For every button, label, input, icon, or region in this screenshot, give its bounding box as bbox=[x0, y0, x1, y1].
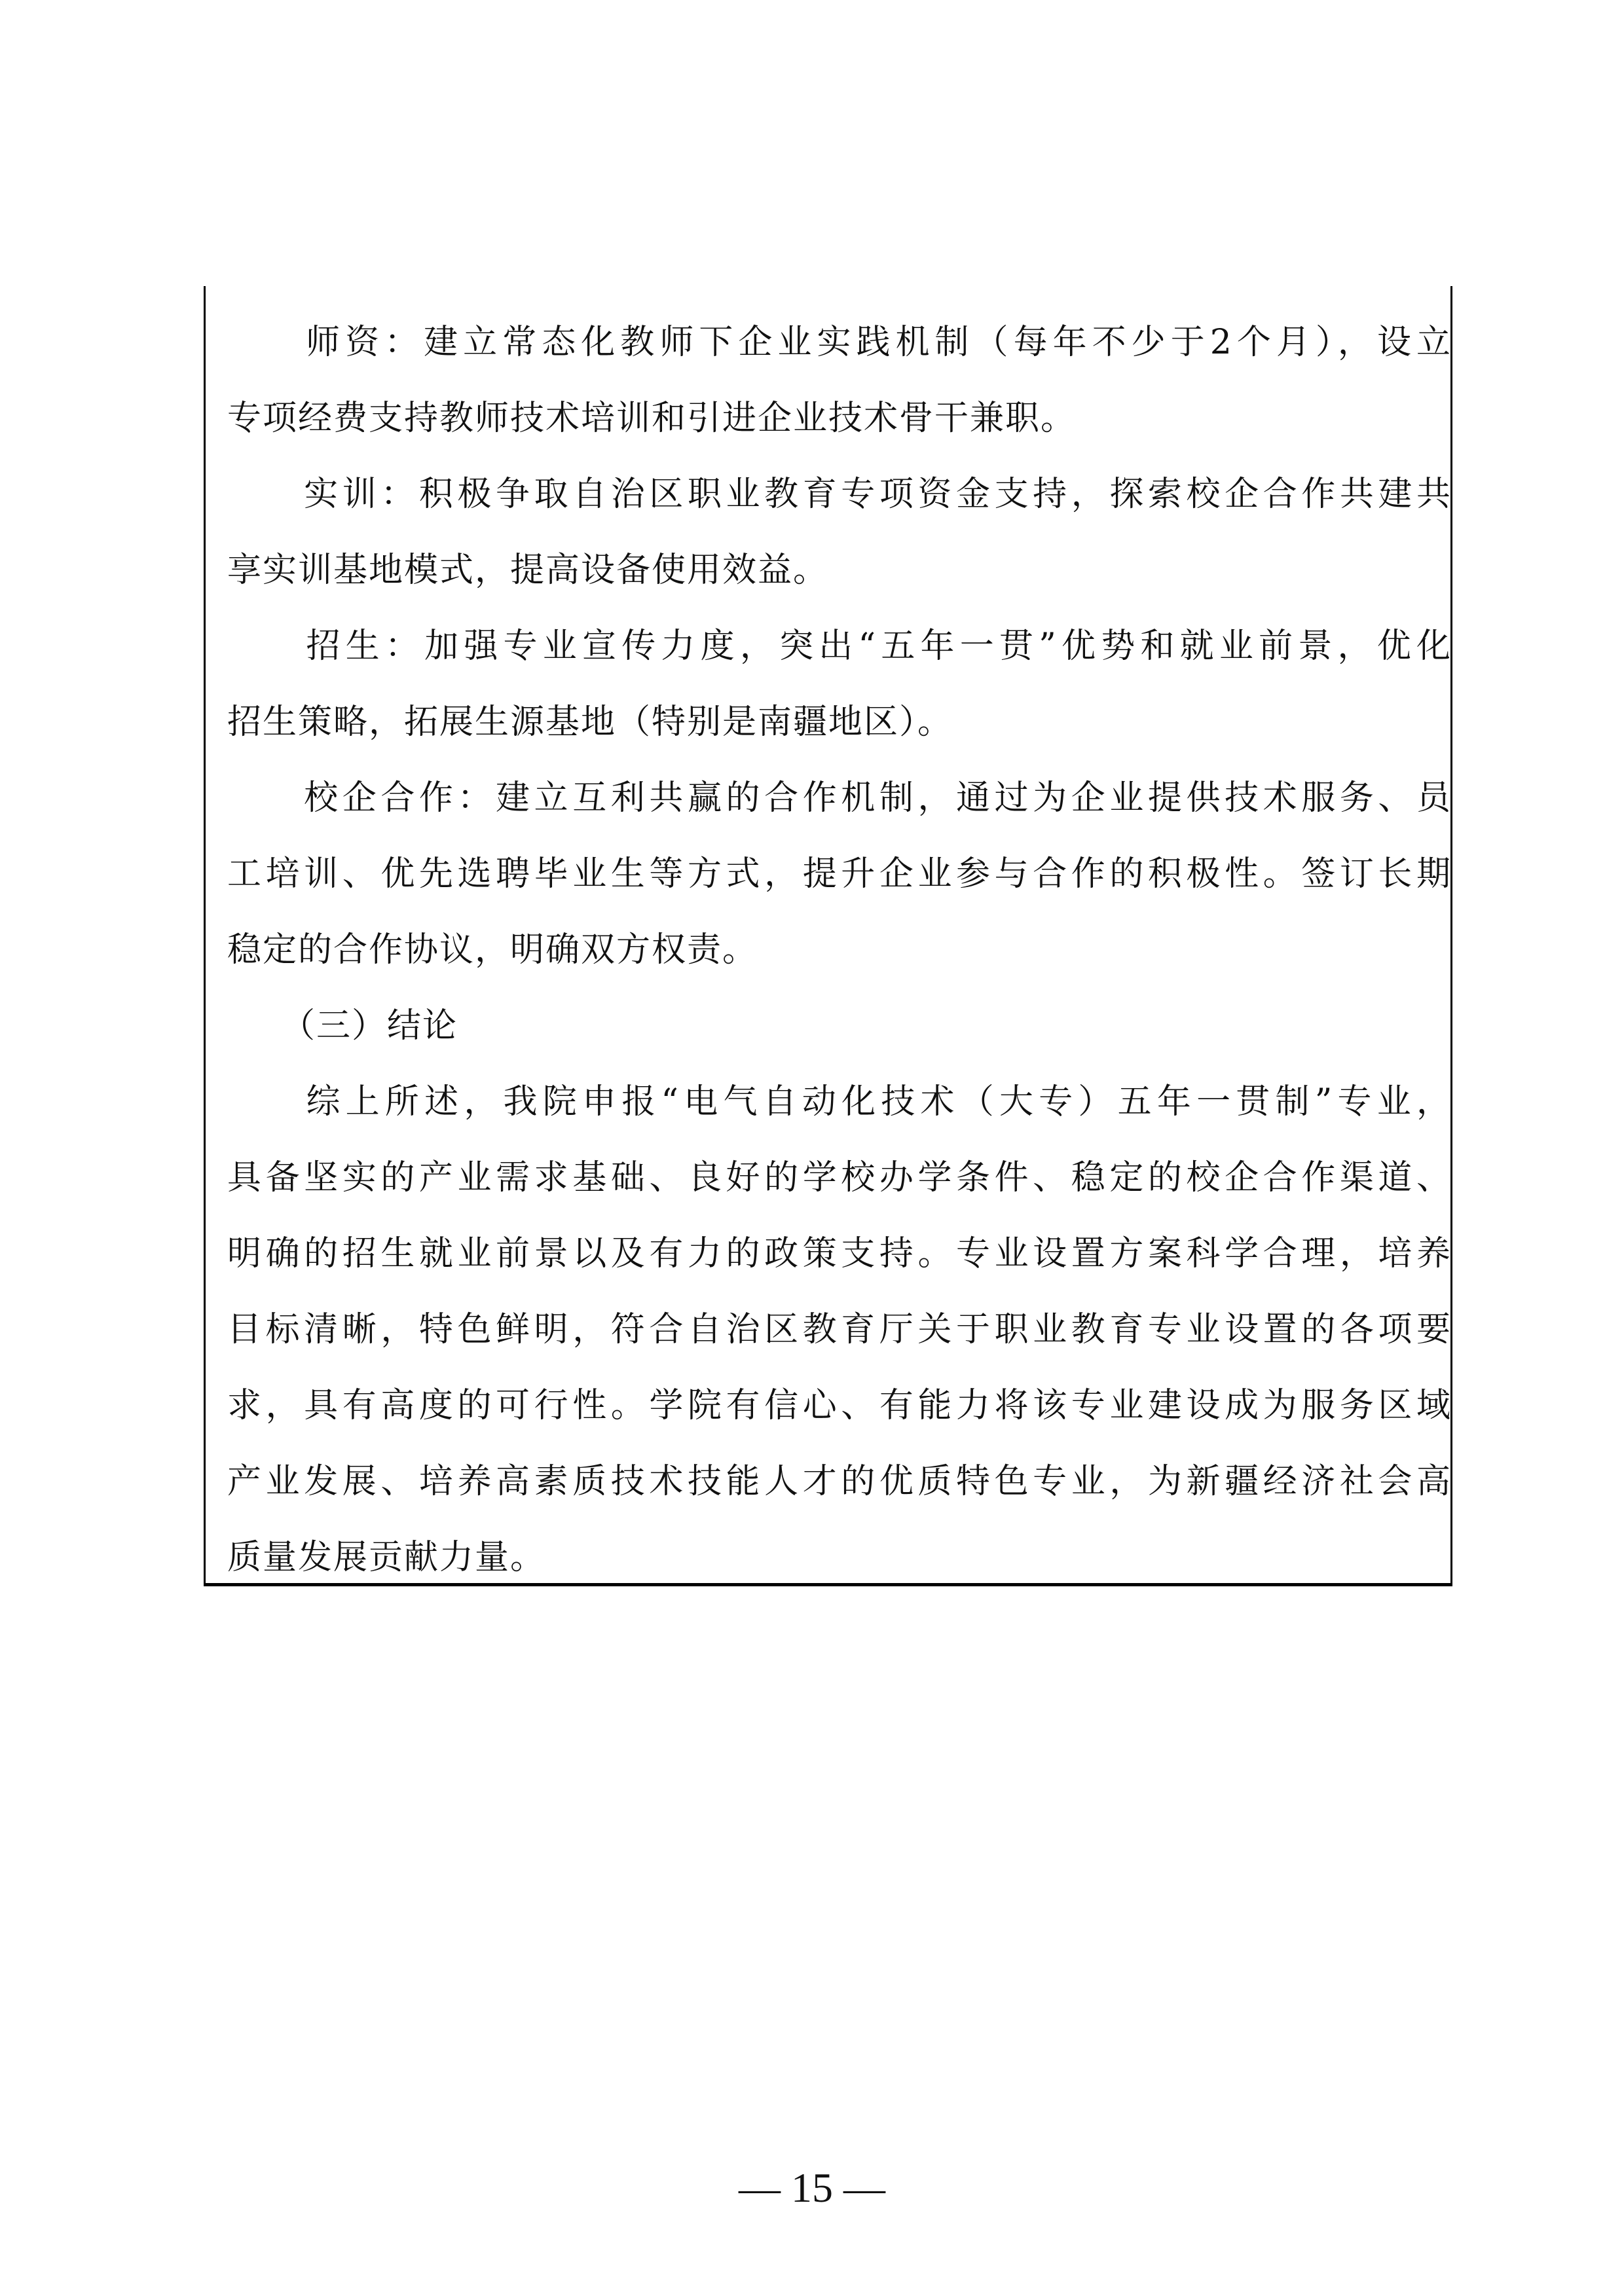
conclusion-line-5: 求，具有高度的可行性。学院有信心、有能力将该专业建设成为服务区域 bbox=[227, 1368, 1452, 1444]
content-lines: 师资：建立常态化教师下企业实践机制（每年不少于2个月），设立 专项经费支持教师技… bbox=[227, 304, 1452, 1595]
school-enterprise-line-1: 校企合作：建立互利共赢的合作机制，通过为企业提供技术服务、员 bbox=[227, 760, 1452, 836]
faculty-line-2: 专项经费支持教师技术培训和引进企业技术骨干兼职。 bbox=[227, 380, 1452, 456]
conclusion-line-3: 明确的招生就业前景以及有力的政策支持。专业设置方案科学合理，培养 bbox=[227, 1216, 1452, 1292]
conclusion-line-6: 产业发展、培养高素质技术技能人才的优质特色专业，为新疆经济社会高 bbox=[227, 1444, 1452, 1520]
conclusion-line-7: 质量发展贡献力量。 bbox=[227, 1520, 1452, 1595]
section-heading-conclusion: （三）结论 bbox=[227, 988, 1452, 1064]
training-line-2: 享实训基地模式，提高设备使用效益。 bbox=[227, 532, 1452, 608]
enrollment-line-1: 招生：加强专业宣传力度，突出“五年一贯”优势和就业前景，优化 bbox=[227, 608, 1452, 684]
faculty-line-1: 师资：建立常态化教师下企业实践机制（每年不少于2个月），设立 bbox=[227, 304, 1452, 380]
conclusion-line-4: 目标清晰，特色鲜明，符合自治区教育厅关于职业教育专业设置的各项要 bbox=[227, 1292, 1452, 1368]
page-number: — 15 — bbox=[0, 2164, 1624, 2212]
conclusion-line-1: 综上所述，我院申报“电气自动化技术（大专）五年一贯制”专业， bbox=[227, 1064, 1452, 1140]
conclusion-line-2: 具备坚实的产业需求基础、良好的学校办学条件、稳定的校企合作渠道、 bbox=[227, 1140, 1452, 1216]
training-line-1: 实训：积极争取自治区职业教育专项资金支持，探索校企合作共建共 bbox=[227, 456, 1452, 532]
enrollment-line-2: 招生策略，拓展生源基地（特别是南疆地区）。 bbox=[227, 684, 1452, 760]
school-enterprise-line-2: 工培训、优先选聘毕业生等方式，提升企业参与合作的积极性。签订长期 bbox=[227, 836, 1452, 912]
bordered-content-box: 师资：建立常态化教师下企业实践机制（每年不少于2个月），设立 专项经费支持教师技… bbox=[204, 286, 1452, 1586]
school-enterprise-line-3: 稳定的合作协议，明确双方权责。 bbox=[227, 912, 1452, 988]
document-page: 师资：建立常态化教师下企业实践机制（每年不少于2个月），设立 专项经费支持教师技… bbox=[0, 0, 1624, 2296]
